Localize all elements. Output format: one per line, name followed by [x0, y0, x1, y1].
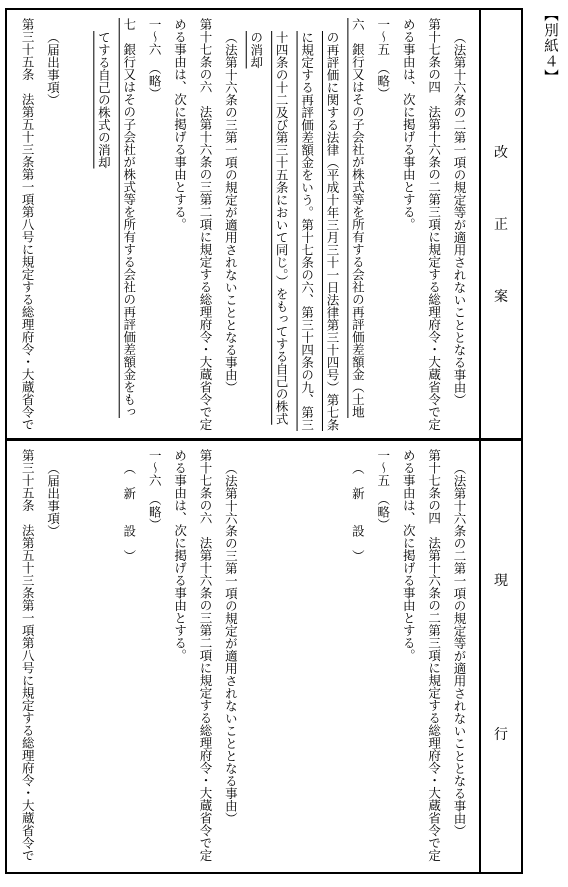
pane-header-amendment: 改正案	[479, 10, 521, 438]
newly-established-column: （ 新 設 ）	[344, 449, 369, 868]
blank-column	[242, 449, 267, 868]
document-page: 【別紙４】 （法第十六条の二第一項の規定等が適用されないこととなる事由） 第十七…	[0, 0, 568, 887]
provision-column: める事由は、次に掲げる事由とする。	[395, 449, 420, 868]
added-provision-column: の再評価に関する法律（平成十年三月三十一日法律第三十四号）第七条	[319, 18, 344, 434]
blank-column	[268, 449, 293, 868]
provision-column: める事由は、次に掲げる事由とする。	[166, 18, 191, 434]
provision-column: 一〜五 （略）	[369, 18, 394, 434]
added-provision-column: 六 銀行又はその子会社が株式等を所有する会社の再評価差額金（土地	[344, 18, 369, 434]
provision-column: 第三十五条 法第五十三条第一項第八号に規定する総理府令・大蔵省令で	[14, 18, 39, 434]
blank-column	[65, 18, 90, 434]
pane-current: （法第十六条の二第一項の規定等が適用されないこととなる事由） 第十七条の四 法第…	[7, 438, 521, 872]
section-heading-column: （届出事項）	[39, 18, 64, 434]
section-heading-column: （法第十六条の三第一項の規定が適用されないこととなる事由）	[217, 449, 242, 868]
section-heading-column: （届出事項）	[39, 449, 64, 868]
pane-current-content: （法第十六条の二第一項の規定等が適用されないこととなる事由） 第十七条の四 法第…	[7, 441, 479, 872]
section-heading-column: （法第十六条の二第一項の規定等が適用されないこととなる事由）	[446, 18, 471, 434]
section-heading-column: （法第十六条の二第一項の規定等が適用されないこととなる事由）	[446, 449, 471, 868]
pane-header-current: 現行	[479, 441, 521, 872]
added-provision-column: の消却	[242, 18, 267, 434]
provision-column: 一〜六 （略）	[141, 449, 166, 868]
provision-column: 第十七条の六 法第十六条の三第二項に規定する総理府令・大蔵省令で定	[192, 449, 217, 868]
provision-column: 第十七条の四 法第十六条の二第三項に規定する総理府令・大蔵省令で定	[420, 449, 445, 868]
comparison-table: （法第十六条の二第一項の規定等が適用されないこととなる事由） 第十七条の四 法第…	[5, 8, 523, 874]
provision-column: める事由は、次に掲げる事由とする。	[395, 18, 420, 434]
provision-column: 第十七条の四 法第十六条の二第三項に規定する総理府令・大蔵省令で定	[420, 18, 445, 434]
provision-column: 第三十五条 法第五十三条第一項第八号に規定する総理府令・大蔵省令で	[14, 449, 39, 868]
added-provision-column: 七 銀行又はその子会社が株式等を所有する会社の再評価差額金をもっ	[115, 18, 140, 434]
added-provision-column: に規定する再評価差額金をいう。第十七条の六、第三十四条の九、第三	[293, 18, 318, 434]
pane-amendment: （法第十六条の二第一項の規定等が適用されないこととなる事由） 第十七条の四 法第…	[7, 10, 521, 438]
blank-column	[65, 449, 90, 868]
added-provision-column: 十四条の十二及び第三十五条において同じ。）をもってする自己の株式	[268, 18, 293, 434]
added-provision-column: てする自己の株式の消却	[90, 18, 115, 434]
provision-column: 一〜六 （略）	[141, 18, 166, 434]
blank-column	[319, 449, 344, 868]
blank-column	[293, 449, 318, 868]
pane-amendment-content: （法第十六条の二第一項の規定等が適用されないこととなる事由） 第十七条の四 法第…	[7, 10, 479, 438]
provision-column: 一〜五 （略）	[369, 449, 394, 868]
provision-column: 第十七条の六 法第十六条の三第二項に規定する総理府令・大蔵省令で定	[192, 18, 217, 434]
section-heading-column: （法第十六条の三第一項の規定が適用されないこととなる事由）	[217, 18, 242, 434]
newly-established-column: （ 新 設 ）	[115, 449, 140, 868]
attachment-label: 【別紙４】	[540, 7, 560, 85]
provision-column: める事由は、次に掲げる事由とする。	[166, 449, 191, 868]
blank-column	[90, 449, 115, 868]
